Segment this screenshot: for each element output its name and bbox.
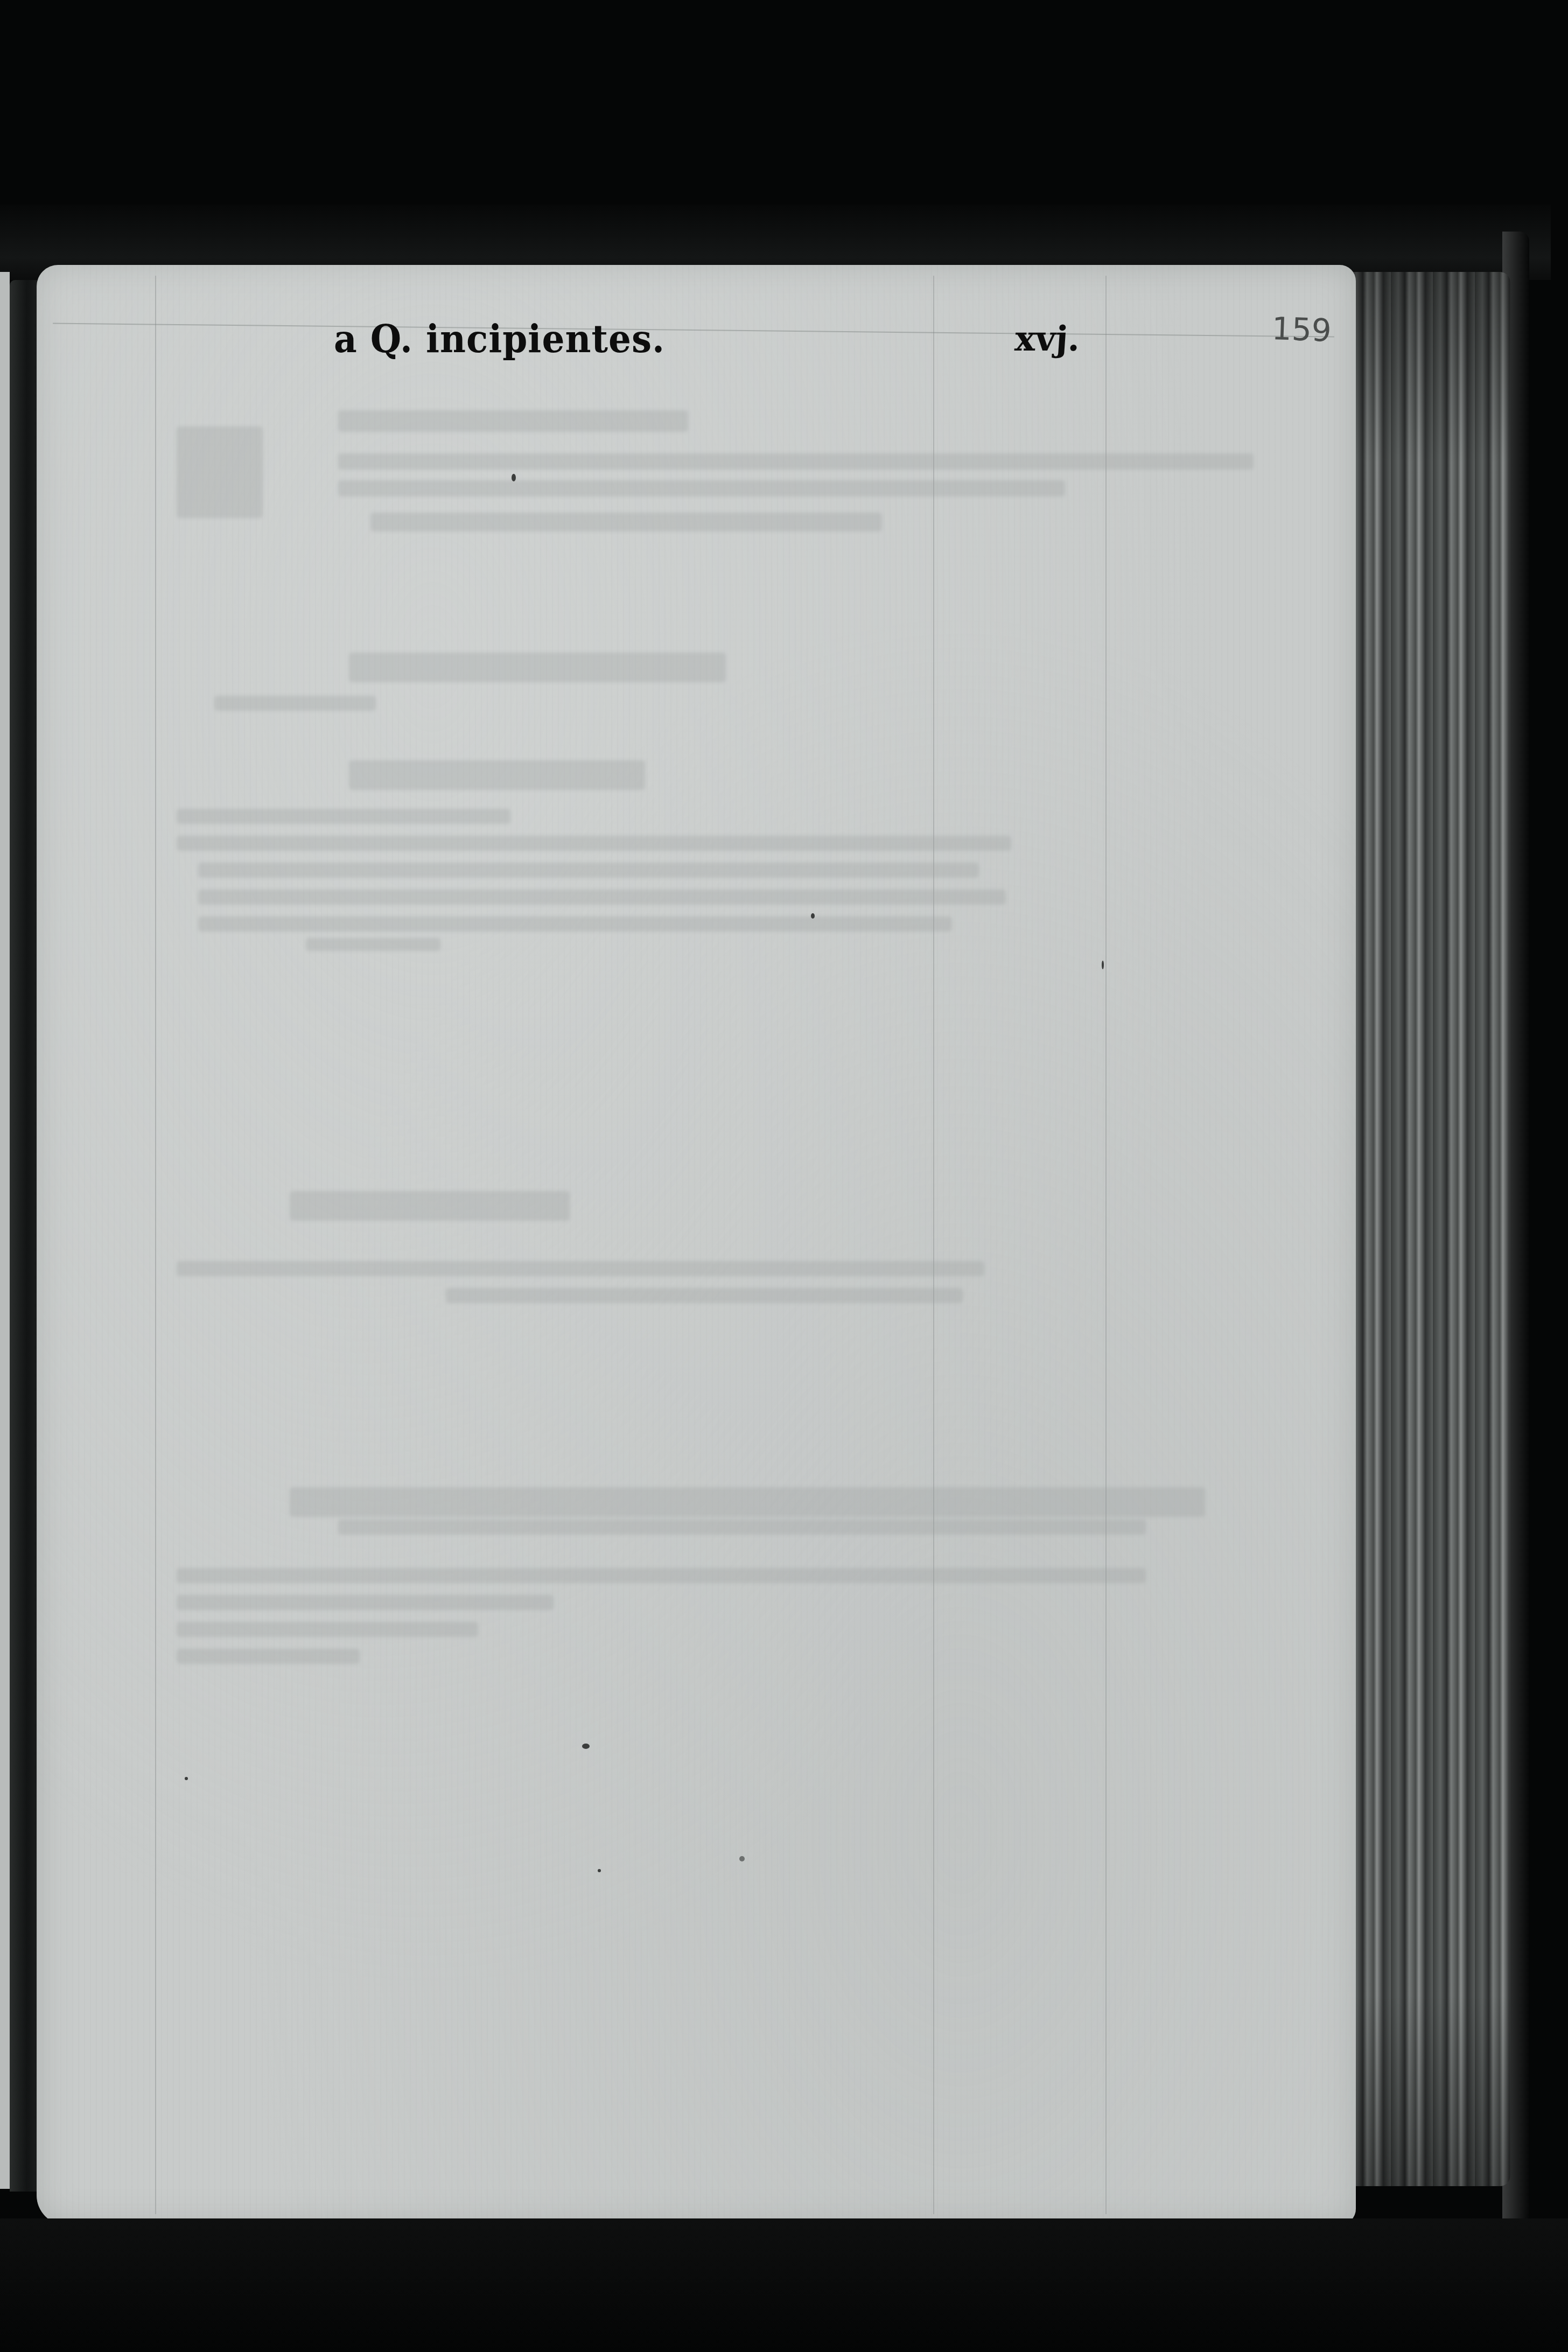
- book-page: [37, 265, 1356, 2225]
- bleed-through-text: [338, 1520, 1146, 1535]
- fore-edge-shading: [1349, 272, 1510, 2186]
- pencil-page-number: 159: [1271, 310, 1332, 349]
- bleed-through-text: [198, 863, 979, 878]
- microfilm-frame: a Q. incipientes. xvj. 159: [0, 0, 1568, 2352]
- ruled-line: [155, 276, 156, 2214]
- bleed-through-heading: [290, 1191, 570, 1221]
- paper-texture: [37, 265, 1356, 2225]
- gutter-shadow: [10, 280, 38, 2192]
- bleed-through-text: [338, 480, 1065, 496]
- bleed-through-text: [177, 809, 510, 824]
- bleed-through-initial: [177, 426, 263, 518]
- bleed-through-text: [177, 1622, 478, 1637]
- ink-speck: [739, 1856, 745, 1861]
- bleed-through-heading: [349, 653, 726, 682]
- bleed-through-text: [338, 410, 688, 432]
- bleed-through-text: [177, 1649, 360, 1664]
- bleed-through-text: [338, 453, 1254, 470]
- bleed-through-text: [177, 1261, 984, 1276]
- bleed-through-text: [198, 890, 1006, 905]
- bleed-through-text: [446, 1288, 963, 1303]
- ink-speck: [582, 1744, 590, 1749]
- bleed-through-text: [177, 836, 1011, 851]
- ink-speck: [512, 474, 516, 481]
- ruled-line: [1105, 276, 1107, 2214]
- ink-speck: [598, 1869, 601, 1872]
- bleed-through-text: [214, 696, 376, 711]
- ink-speck: [185, 1777, 188, 1780]
- ink-speck: [1102, 961, 1104, 969]
- ink-speck: [811, 913, 815, 919]
- bleed-through-text: [177, 1595, 554, 1610]
- folio-number: xvj.: [1013, 319, 1081, 359]
- bleed-through-text: [370, 513, 882, 531]
- ruled-line: [933, 276, 934, 2214]
- bleed-through-text: [306, 938, 440, 951]
- bleed-through-text: [198, 916, 952, 932]
- bleed-through-text: [177, 1568, 1146, 1583]
- bleed-through-heading: [349, 760, 645, 790]
- bleed-through-heading: [290, 1487, 1205, 1517]
- table-shadow: [0, 2218, 1568, 2352]
- running-header-title: a Q. incipientes.: [334, 316, 665, 361]
- facing-page-edge: [0, 272, 10, 2189]
